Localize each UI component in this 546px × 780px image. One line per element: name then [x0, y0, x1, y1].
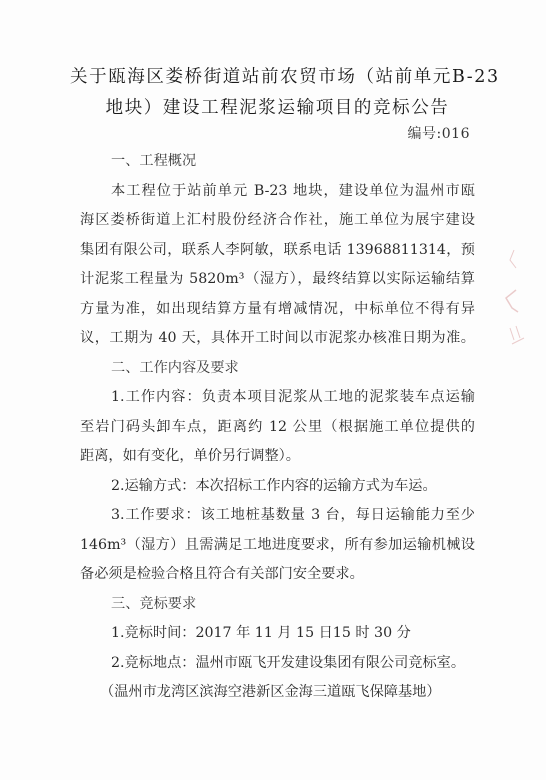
document-number: 编号:016 — [408, 123, 470, 143]
paragraph-line: 2.运输方式：本次招标工作内容的运输方式为车运。 — [111, 476, 475, 496]
paragraph-line: 本工程位于站前单元 B-23 地块，建设单位为温州市瓯 — [111, 181, 475, 201]
bid-address-line: （温州市龙湾区滨海空港新区金海三道瓯飞保障基地） — [100, 682, 495, 702]
paragraph-line: 方量为准，如出现结算方量有增减情况，中标单位不得有异 — [80, 299, 475, 319]
paragraph-line: 1.工作内容：负责本项目泥浆从工地的泥浆装车点运输 — [111, 387, 475, 407]
section-heading-bidding: 三、竞标要求 — [111, 594, 475, 614]
bid-location-line: 2.竞标地点：温州市瓯飞开发建设集团有限公司竞标室。 — [111, 653, 475, 673]
seal-stamp-icon — [492, 220, 532, 360]
paragraph-line: 距离，如有变化，单价另行调整）。 — [80, 446, 475, 466]
section-heading-overview: 一、工程概况 — [111, 151, 475, 171]
document-page: 关于瓯海区娄桥街道站前农贸市场（站前单元B-23 地块）建设工程泥浆运输项目的竞… — [0, 0, 546, 780]
paragraph-line: 计泥浆工程量为 5820m³（湿方），最终结算以实际运输结算 — [80, 269, 475, 289]
paragraph-line: 3.工作要求：该工地桩基数量 3 台，每日运输能力至少 — [111, 505, 475, 525]
title-line-2: 地块）建设工程泥浆运输项目的竞标公告 — [70, 94, 485, 119]
paragraph-line: 议，工期为 40 天，具体开工时间以市泥浆办核准日期为准。 — [80, 328, 475, 348]
paragraph-line: 146m³（湿方）且需满足工地进度要求，所有参加运输机械设 — [80, 535, 475, 555]
paragraph-line: 集团有限公司，联系人李阿敏，联系电话 13968811314，预 — [80, 240, 475, 260]
bid-time-line: 1.竞标时间：2017 年 11 月 15 日15 时 30 分 — [111, 623, 475, 643]
section-heading-work-content: 二、工作内容及要求 — [111, 358, 475, 378]
paragraph-line: 海区娄桥街道上汇村股份经济合作社，施工单位为展宇建设 — [80, 210, 475, 230]
paragraph-line: 备必须是检验合格且符合有关部门安全要求。 — [80, 564, 475, 584]
paragraph-line: 至岩门码头卸车点，距离约 12 公里（根据施工单位提供的 — [80, 417, 475, 437]
title-line-1: 关于瓯海区娄桥街道站前农贸市场（站前单元B-23 — [70, 63, 485, 88]
